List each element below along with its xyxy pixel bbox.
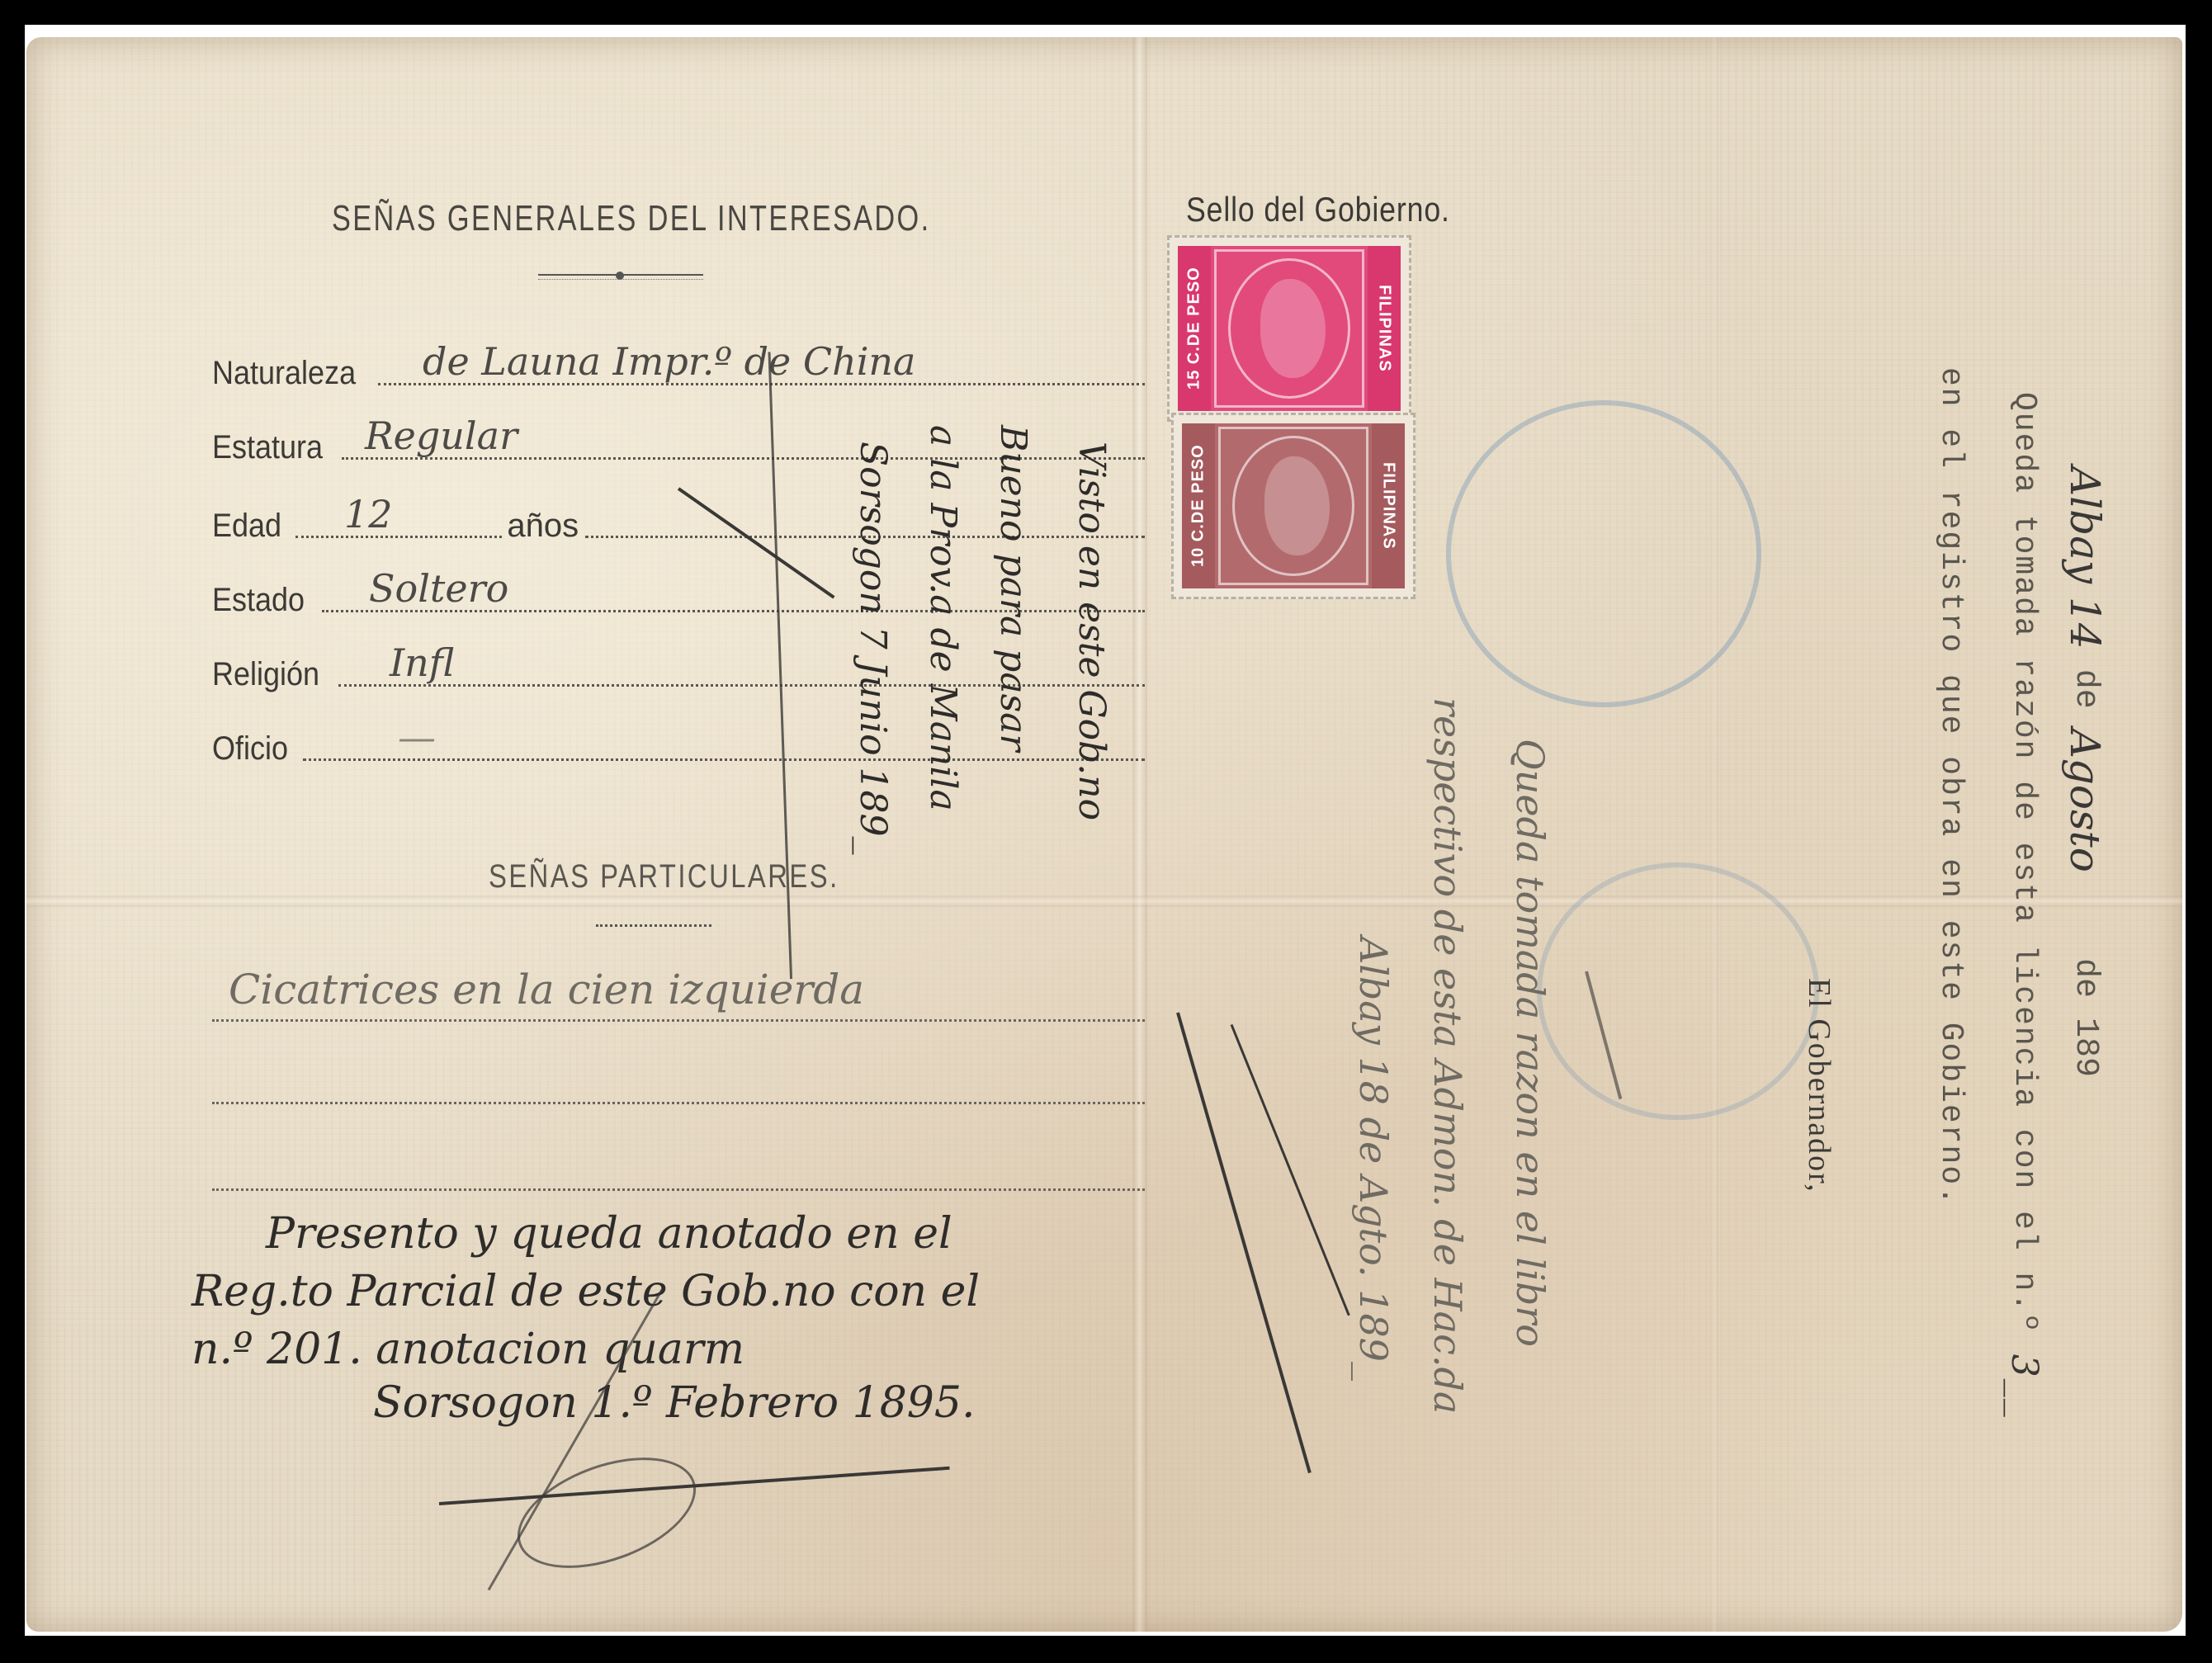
horizontal-fold bbox=[26, 895, 2182, 907]
field-naturaleza: Naturaleza de Launa Impr.º de China bbox=[212, 343, 1145, 392]
field-label: Oficio bbox=[212, 730, 288, 768]
signature-flourish bbox=[503, 1436, 711, 1590]
dotted-line bbox=[212, 1102, 1145, 1104]
general-features-title: SEÑAS GENERALES DEL INTERESADO. bbox=[332, 198, 930, 239]
field-value: de Launa Impr.º de China bbox=[423, 339, 915, 384]
dotted-line bbox=[212, 1188, 1145, 1191]
dotted-line bbox=[212, 1019, 1145, 1022]
annotation-line: Reg.to Parcial de este Gob.no con el bbox=[191, 1267, 980, 1316]
registry-line-2: en el registro que obra en este Gobierno… bbox=[1933, 367, 1969, 1207]
annotation-line: n.º 201. anotacion quarm bbox=[191, 1325, 744, 1374]
signature-stroke bbox=[1231, 1024, 1350, 1316]
postage-stamp-15c: 15 C.DE PESO FILIPINAS bbox=[1167, 235, 1411, 422]
king-portrait-icon bbox=[1264, 456, 1330, 555]
field-label: Religión bbox=[212, 656, 319, 693]
stamp-country-text: FILIPINAS bbox=[1372, 423, 1405, 588]
field-label: Estado bbox=[212, 582, 305, 619]
blue-ink-seal bbox=[1537, 862, 1819, 1120]
vertical-note-line: Sorsogon 7 Junio 189_ bbox=[852, 442, 894, 855]
registry-line-1: Queda tomada razón de esta licencia con … bbox=[2003, 392, 2045, 1419]
signature-stroke bbox=[1176, 1012, 1312, 1473]
ornament-divider-icon bbox=[538, 274, 703, 280]
year-prefix: de 189 bbox=[2067, 958, 2104, 1077]
king-portrait-icon bbox=[1260, 279, 1326, 377]
vertical-note-line: Bueno para pasar bbox=[992, 425, 1034, 751]
field-label: Edad bbox=[212, 508, 281, 545]
field-suffix: años bbox=[507, 508, 579, 545]
center-fold bbox=[1132, 37, 1147, 1632]
particulars-value: Cicatrices en la cien izquierda bbox=[229, 966, 864, 1013]
field-label: Estatura bbox=[212, 429, 323, 466]
handwritten-registry-line: respectivo de esta Admon. de Hac.da bbox=[1425, 697, 1470, 1414]
governor-label: El Gobernador, bbox=[1801, 978, 1837, 1193]
field-value: — bbox=[398, 715, 436, 759]
field-value: 12 bbox=[344, 492, 393, 536]
field-label: Naturaleza bbox=[212, 355, 356, 392]
license-document: SEÑAS GENERALES DEL INTERESADO. Naturale… bbox=[26, 37, 2182, 1632]
government-seal-header: Sello del Gobierno. bbox=[1186, 190, 1450, 229]
annotation-line: Sorsogon 1.º Febrero 1895. bbox=[373, 1378, 975, 1428]
dotted-line bbox=[295, 535, 502, 538]
vertical-note-line: Visto en este Gob.no bbox=[1071, 442, 1113, 820]
stamp-value-text: 10 C.DE PESO bbox=[1182, 423, 1215, 588]
annotation-line: Presento y queda anotado en el bbox=[266, 1209, 952, 1259]
vertical-note-line: a la Prov.a de Manila bbox=[922, 425, 964, 811]
right-fold bbox=[1710, 37, 1718, 1632]
field-value: Infl bbox=[390, 640, 454, 685]
de-label: de bbox=[2067, 669, 2104, 709]
scan-frame: SEÑAS GENERALES DEL INTERESADO. Naturale… bbox=[25, 25, 2186, 1636]
registry-date-line: Albay 14 de Agosto de 189 bbox=[2061, 466, 2109, 1077]
stamp-country-text: FILIPINAS bbox=[1368, 246, 1401, 411]
registry-place-date: Albay 14 bbox=[2061, 466, 2109, 650]
registry-month: Agosto bbox=[2061, 729, 2109, 872]
field-value: Regular bbox=[365, 413, 518, 458]
handwritten-registry-line: Albay 18 de Agto. 189_ bbox=[1351, 937, 1396, 1381]
registry-text: Queda tomada razón de esta licencia con … bbox=[2006, 392, 2042, 1334]
stamp-value-text: 15 C.DE PESO bbox=[1178, 246, 1211, 411]
blue-ink-seal bbox=[1446, 400, 1761, 707]
field-value: Soltero bbox=[369, 566, 508, 611]
handwritten-registry-line: Queda tomada razon en el libro bbox=[1508, 739, 1553, 1347]
postage-stamp-10c: 10 C.DE PESO FILIPINAS bbox=[1171, 413, 1416, 599]
registry-number: 3__ bbox=[2003, 1354, 2045, 1419]
ornament-divider-icon bbox=[596, 924, 711, 928]
